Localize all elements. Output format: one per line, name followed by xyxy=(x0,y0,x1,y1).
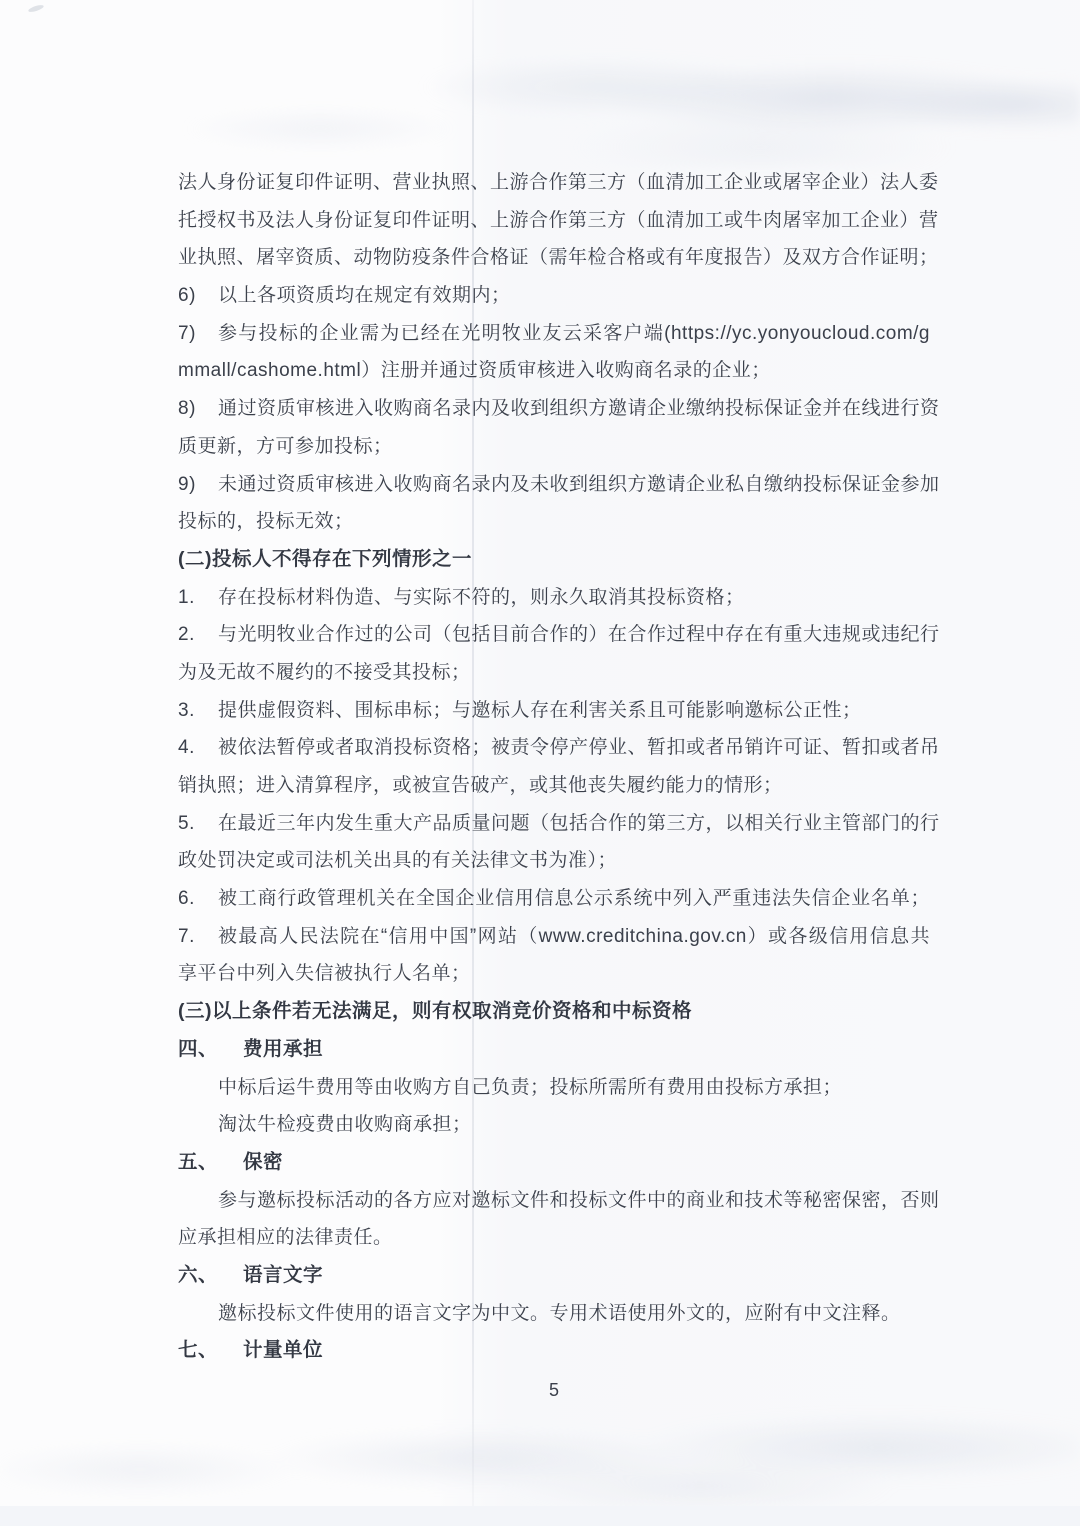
text-line: 享平台中列入失信被执行人名单； xyxy=(178,955,930,993)
line-text: 费用承担 xyxy=(243,1031,930,1069)
line-text: 通过资质审核进入收购商名录内及收到组织方邀请企业缴纳投标保证金并在线进行资 xyxy=(218,390,940,428)
section-heading: 四、费用承担 xyxy=(178,1031,930,1069)
line-text: 存在投标材料伪造、与实际不符的，则永久取消其投标资格； xyxy=(218,579,930,617)
text-line: 淘汰牛检疫费由收购商承担； xyxy=(178,1106,930,1144)
page-bottom-edge xyxy=(0,1506,1080,1526)
list-marker: 9) xyxy=(178,466,218,504)
text-line: 4.被依法暂停或者取消投标资格；被责令停产停业、暂扣或者吊销许可证、暂扣或者吊 xyxy=(178,729,930,767)
line-text: 以上各项资质均在规定有效期内； xyxy=(218,277,930,315)
list-marker: 六、 xyxy=(178,1257,243,1295)
line-text: 被工商行政管理机关在全国企业信用信息公示系统中列入严重违法失信企业名单； xyxy=(218,880,930,918)
text-line: 质更新，方可参加投标； xyxy=(178,428,930,466)
text-line: 应承担相应的法律责任。 xyxy=(178,1219,930,1257)
text-line: 8)通过资质审核进入收购商名录内及收到组织方邀请企业缴纳投标保证金并在线进行资 xyxy=(178,390,930,428)
text-line: 销执照；进入清算程序，或被宣告破产，或其他丧失履约能力的情形； xyxy=(178,767,930,805)
text-line: 3.提供虚假资料、围标串标；与邀标人存在利害关系且可能影响邀标公正性； xyxy=(178,692,930,730)
text-line: 2.与光明牧业合作过的公司（包括目前合作的）在合作过程中存在有重大违规或违纪行 xyxy=(178,616,930,654)
section-heading: 六、语言文字 xyxy=(178,1257,930,1295)
line-text: 计量单位 xyxy=(243,1332,930,1370)
list-marker: 1. xyxy=(178,579,218,617)
list-marker: 5. xyxy=(178,805,218,843)
text-line: 7.被最高人民法院在“信用中国”网站（www.creditchina.gov.c… xyxy=(178,918,930,956)
text-line: 中标后运牛费用等由收购方自己负责；投标所需所有费用由投标方承担； xyxy=(178,1069,930,1107)
line-text: 保密 xyxy=(243,1144,930,1182)
text-line: 投标的，投标无效； xyxy=(178,503,930,541)
list-marker: 6) xyxy=(178,277,218,315)
text-line: 6)以上各项资质均在规定有效期内； xyxy=(178,277,930,315)
text-line: 法人身份证复印件证明、营业执照、上游合作第三方（血清加工企业或屠宰企业）法人委 xyxy=(178,164,930,202)
text-line: 政处罚决定或司法机关出具的有关法律文书为准）； xyxy=(178,842,930,880)
text-line: 9)未通过资质审核进入收购商名录内及未收到组织方邀请企业私自缴纳投标保证金参加 xyxy=(178,466,930,504)
scan-smudge-top xyxy=(0,28,1080,168)
list-marker: 7. xyxy=(178,918,218,956)
line-text: 提供虚假资料、围标串标；与邀标人存在利害关系且可能影响邀标公正性； xyxy=(218,692,930,730)
text-line: 6.被工商行政管理机关在全国企业信用信息公示系统中列入严重违法失信企业名单； xyxy=(178,880,930,918)
document-body: 法人身份证复印件证明、营业执照、上游合作第三方（血清加工企业或屠宰企业）法人委托… xyxy=(178,164,930,1370)
list-marker: 七、 xyxy=(178,1332,243,1370)
section-heading: 七、计量单位 xyxy=(178,1332,930,1370)
line-text: 参与投标的企业需为已经在光明牧业友云采客户端(https://yc.yonyou… xyxy=(218,315,930,353)
page-number: 5 xyxy=(178,1372,930,1408)
scan-smudge-bottom xyxy=(0,1398,1080,1508)
text-line: 托授权书及法人身份证复印件证明、上游合作第三方（血清加工或牛肉屠宰加工企业）营 xyxy=(178,202,930,240)
line-text: 未通过资质审核进入收购商名录内及未收到组织方邀请企业私自缴纳投标保证金参加 xyxy=(218,466,940,504)
line-text: 语言文字 xyxy=(243,1257,930,1295)
text-line: 参与邀标投标活动的各方应对邀标文件和投标文件中的商业和技术等秘密保密，否则 xyxy=(178,1182,930,1220)
list-marker: 6. xyxy=(178,880,218,918)
text-line: 业执照、屠宰资质、动物防疫条件合格证（需年检合格或有年度报告）及双方合作证明； xyxy=(178,239,930,277)
text-line: 1.存在投标材料伪造、与实际不符的，则永久取消其投标资格； xyxy=(178,579,930,617)
line-text: 被依法暂停或者取消投标资格；被责令停产停业、暂扣或者吊销许可证、暂扣或者吊 xyxy=(218,729,940,767)
list-marker: 四、 xyxy=(178,1031,243,1069)
list-marker: 五、 xyxy=(178,1144,243,1182)
list-marker: 2. xyxy=(178,616,218,654)
text-line: 5.在最近三年内发生重大产品质量问题（包括合作的第三方，以相关行业主管部门的行 xyxy=(178,805,930,843)
text-line: 邀标投标文件使用的语言文字为中文。专用术语使用外文的，应附有中文注释。 xyxy=(178,1295,930,1333)
line-text: 被最高人民法院在“信用中国”网站（www.creditchina.gov.cn）… xyxy=(218,918,930,956)
list-marker: 4. xyxy=(178,729,218,767)
section-heading: (三)以上条件若无法满足，则有权取消竞价资格和中标资格 xyxy=(178,993,930,1031)
list-marker: 7) xyxy=(178,315,218,353)
list-marker: 8) xyxy=(178,390,218,428)
text-line: 为及无故不履约的不接受其投标； xyxy=(178,654,930,692)
line-text: 在最近三年内发生重大产品质量问题（包括合作的第三方，以相关行业主管部门的行 xyxy=(218,805,940,843)
text-line: mmall/cashome.html）注册并通过资质审核进入收购商名录的企业； xyxy=(178,352,930,390)
line-text: 与光明牧业合作过的公司（包括目前合作的）在合作过程中存在有重大违规或违纪行 xyxy=(218,616,940,654)
list-marker: 3. xyxy=(178,692,218,730)
text-line: 7)参与投标的企业需为已经在光明牧业友云采客户端(https://yc.yony… xyxy=(178,315,930,353)
section-heading: (二)投标人不得存在下列情形之一 xyxy=(178,541,930,579)
section-heading: 五、保密 xyxy=(178,1144,930,1182)
scan-speck xyxy=(28,4,45,14)
document-page: 法人身份证复印件证明、营业执照、上游合作第三方（血清加工企业或屠宰企业）法人委托… xyxy=(0,0,1080,1526)
